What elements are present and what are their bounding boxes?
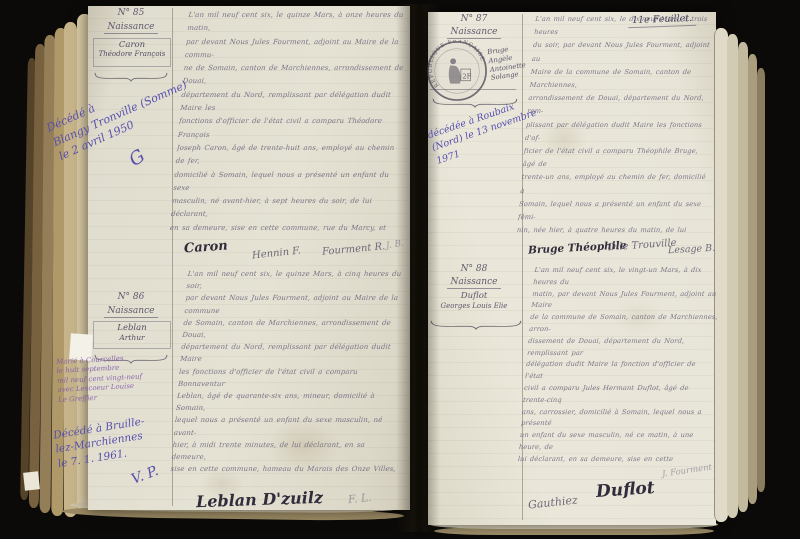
entry-category-label: Naissance xyxy=(447,277,502,289)
act-body-text: L'an mil neuf cent six, le quinze Mars, … xyxy=(170,268,415,478)
names-underline xyxy=(430,89,516,90)
act-body-text: L'an mil neuf cent six, le quinze Mars, … xyxy=(169,9,416,237)
entry-number: N° 88 xyxy=(430,264,518,274)
entry-number: N° 87 xyxy=(430,14,518,24)
paper-slip xyxy=(23,471,40,490)
page-edge-strip xyxy=(757,68,765,492)
act-body-text: L'an mil neuf cent six, le vingt-un Mars… xyxy=(517,265,723,467)
entry-category: Naissance xyxy=(92,306,170,316)
entry-given-names: Arthur xyxy=(94,333,170,342)
entry-given-names: Georges Louis Elie xyxy=(426,302,522,310)
entry-category-label: Naissance xyxy=(104,22,159,34)
entry-names-box: Leblan Arthur xyxy=(93,321,171,349)
entry-surname: Caron xyxy=(94,40,170,50)
entry-category-label: Naissance xyxy=(447,27,502,39)
margin-brace xyxy=(430,315,522,326)
entry-category-label: Naissance xyxy=(104,306,159,318)
register-photograph: N° 85 Naissance Caron Théodore François … xyxy=(0,0,800,539)
entry-surname: Leblan xyxy=(94,323,170,333)
signature: Caron xyxy=(184,238,229,256)
note-text: Décédé à Bruille- lez-Marchiennes le 7. … xyxy=(52,415,145,470)
entry-category: Naissance xyxy=(92,22,170,32)
act-body-text: L'an mil neuf cent six, le dix-neuf Mars… xyxy=(516,13,724,239)
entry-surname: Duflot xyxy=(430,291,518,301)
entry-number: N° 85 xyxy=(92,8,170,18)
signature: F. L. xyxy=(347,491,372,506)
entry-category: Naissance xyxy=(430,27,518,37)
entry-number: N° 86 xyxy=(92,292,170,302)
page-edge-strip xyxy=(748,54,757,504)
entry-category: Naissance xyxy=(430,277,518,287)
signature: Duflot xyxy=(595,478,655,502)
page-edge-strip xyxy=(727,34,738,518)
stamp-value: 2F xyxy=(462,72,471,80)
page-edge-strip xyxy=(738,42,748,512)
